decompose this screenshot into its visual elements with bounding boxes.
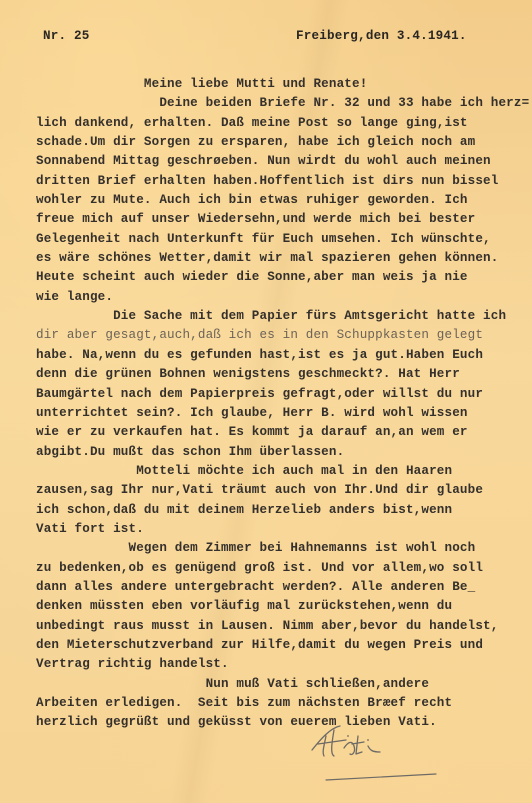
text-line: zausen,sag Ihr nur,Vati träumt auch von … [36, 481, 516, 500]
text-line: Deine beiden Briefe Nr. 32 und 33 habe i… [36, 94, 516, 113]
text-line: wohler zu Mute. Auch ich bin etwas ruhig… [36, 191, 516, 210]
text-line: es wäre schönes Wetter,damit wir mal spa… [36, 249, 516, 268]
text-line: Motteli möchte ich auch mal in den Haare… [36, 462, 516, 481]
text-line: Wegen dem Zimmer bei Hahnemanns ist wohl… [36, 539, 516, 558]
text-line: freue mich auf unser Wiedersehn,und werd… [36, 210, 516, 229]
text-line: denken müssten eben vorläufig mal zurück… [36, 597, 516, 616]
text-line: habe. Na,wenn du es gefunden hast,ist es… [36, 346, 516, 365]
text-line: abgibt.Du mußt das schon Ihm überlassen. [36, 443, 516, 462]
text-line: Baumgärtel nach dem Papierpreis gefragt,… [36, 385, 516, 404]
text-line: unbedingt raus musst in Lausen. Nimm abe… [36, 617, 516, 636]
text-line: Vertrag richtig handelst. [36, 655, 516, 674]
salutation: Meine liebe Mutti und Renate! [36, 75, 516, 94]
text-line: Die Sache mit dem Papier fürs Amtsgerich… [36, 307, 516, 326]
text-line: Gelegenheit nach Unterkunft für Euch ums… [36, 230, 516, 249]
letter-body: Meine liebe Mutti und Renate! Deine beid… [36, 75, 516, 733]
letter-page: Nr. 25 Freiberg,den 3.4.1941. Meine lieb… [0, 0, 532, 803]
text-line: Nun muß Vati schließen,andere [36, 675, 516, 694]
text-line: denn die grünen Bohnen wenigstens geschm… [36, 365, 516, 384]
text-line: Arbeiten erledigen. Seit bis zum nächste… [36, 694, 516, 713]
text-line: wie er zu verkaufen hat. Es kommt ja dar… [36, 423, 516, 442]
text-line: ich schon,daß du mit deinem Herzelieb an… [36, 501, 516, 520]
text-line: den Mieterschutzverband zur Hilfe,damit … [36, 636, 516, 655]
text-line: Sonnabend Mittag geschrøeben. Nun wirdt … [36, 152, 516, 171]
text-line: dir aber gesagt,auch,daß ich es in den S… [36, 326, 516, 345]
text-line: Heute scheint auch wieder die Sonne,aber… [36, 268, 516, 287]
text-line: wie lange. [36, 288, 516, 307]
text-line: schade.Um dir Sorgen zu ersparen, habe i… [36, 133, 516, 152]
text-line: Vati fort ist. [36, 520, 516, 539]
handwritten-signature [300, 722, 460, 792]
text-line: lich dankend, erhalten. Daß meine Post s… [36, 114, 516, 133]
letter-number: Nr. 25 [43, 29, 90, 43]
text-line: dritten Brief erhalten haben.Hoffentlich… [36, 172, 516, 191]
text-line: dann alles andere untergebracht werden?.… [36, 578, 516, 597]
place-date: Freiberg,den 3.4.1941. [296, 29, 467, 43]
text-line: zu bedenken,ob es genügend groß ist. Und… [36, 559, 516, 578]
text-line: unterrichtet sein?. Ich glaube, Herr B. … [36, 404, 516, 423]
